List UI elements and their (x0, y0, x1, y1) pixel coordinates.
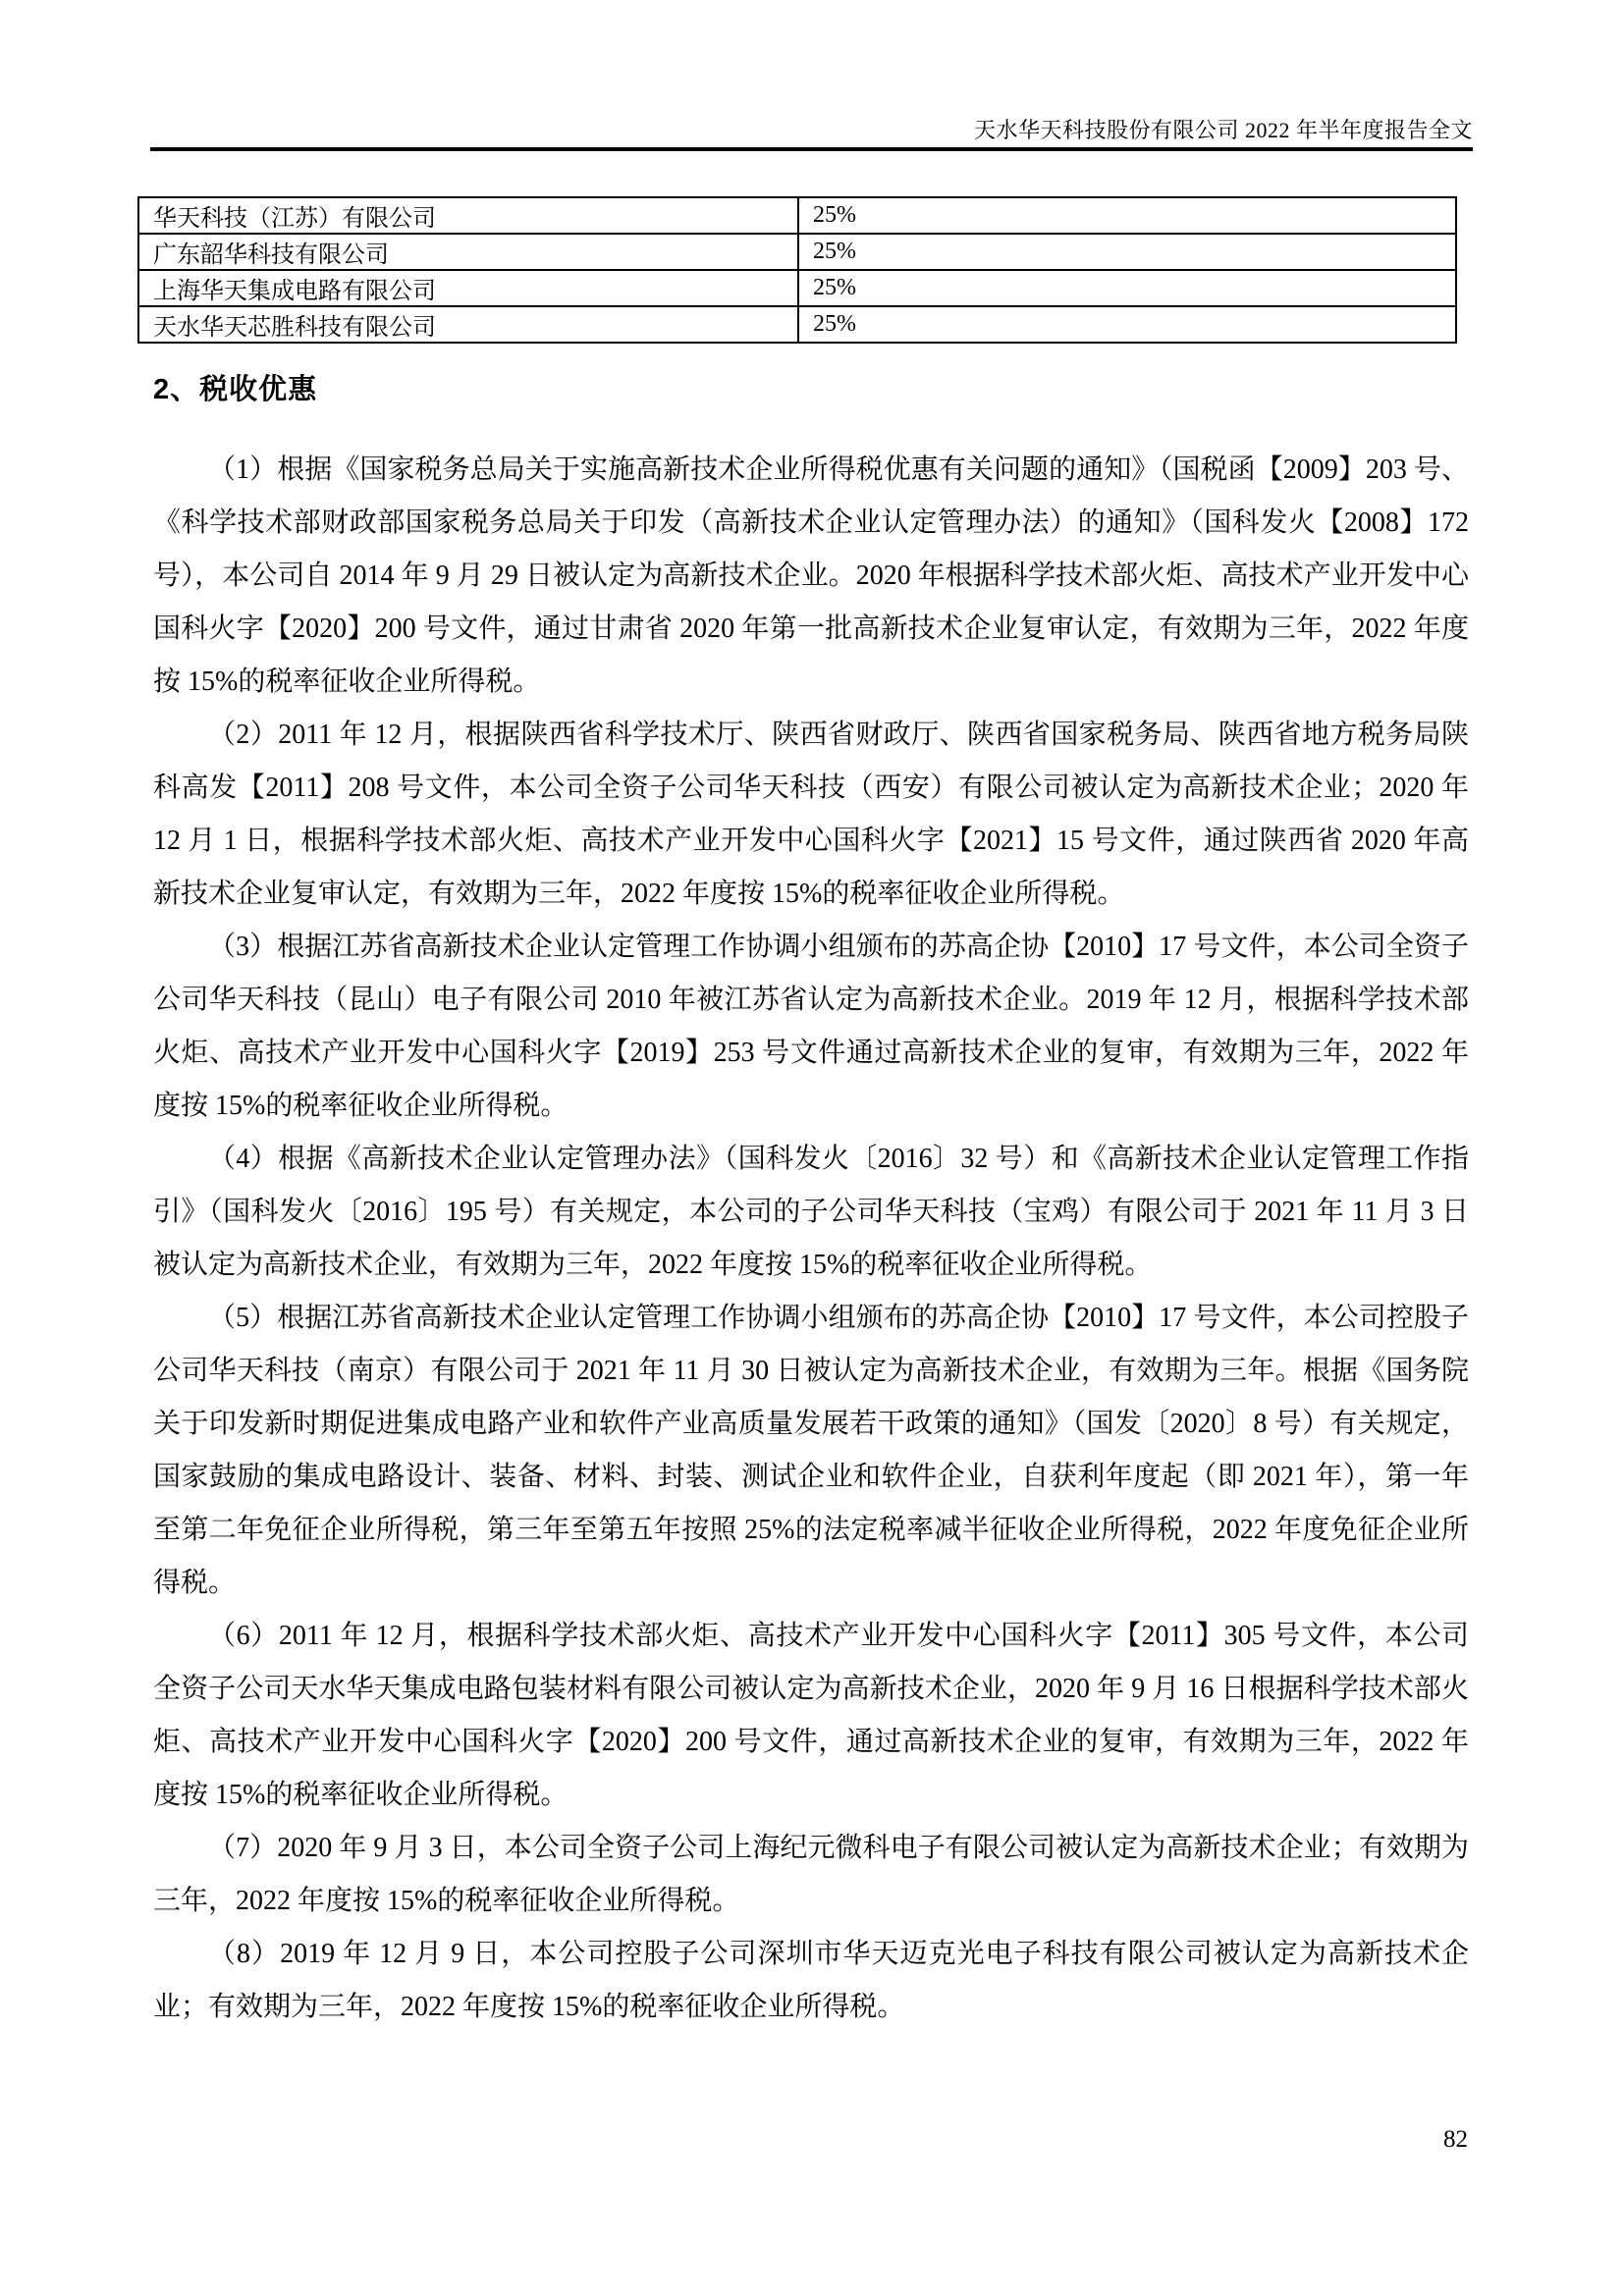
section-heading-tax-incentives: 2、税收优惠 (153, 367, 317, 407)
paragraph-3: （3）根据江苏省高新技术企业认定管理工作协调小组颁布的苏高企协【2010】17 … (153, 921, 1469, 1133)
paragraph-5: （5）根据江苏省高新技术企业认定管理工作协调小组颁布的苏高企协【2010】17 … (153, 1292, 1469, 1610)
tax-rate-cell: 25% (798, 197, 1456, 234)
company-name-cell: 广东韶华科技有限公司 (138, 234, 798, 270)
table-row: 华天科技（江苏）有限公司 25% (138, 197, 1456, 234)
tax-rate-cell: 25% (798, 234, 1456, 270)
company-name-cell: 华天科技（江苏）有限公司 (138, 197, 798, 234)
paragraph-2: （2）2011 年 12 月，根据陕西省科学技术厅、陕西省财政厅、陕西省国家税务… (153, 709, 1469, 921)
report-page: 天水华天科技股份有限公司 2022 年半年度报告全文 华天科技（江苏）有限公司 … (0, 0, 1624, 2296)
paragraph-8: （8）2019 年 12 月 9 日，本公司控股子公司深圳市华天迈克光电子科技有… (153, 1928, 1469, 2034)
tax-rate-cell: 25% (798, 270, 1456, 306)
table-row: 天水华天芯胜科技有限公司 25% (138, 306, 1456, 343)
company-name-cell: 天水华天芯胜科技有限公司 (138, 306, 798, 343)
page-number: 82 (1443, 2126, 1468, 2154)
table-row: 上海华天集成电路有限公司 25% (138, 270, 1456, 306)
report-header-title: 天水华天科技股份有限公司 2022 年半年度报告全文 (150, 114, 1473, 144)
table-row: 广东韶华科技有限公司 25% (138, 234, 1456, 270)
company-name-cell: 上海华天集成电路有限公司 (138, 270, 798, 306)
section-body: （1）根据《国家税务总局关于实施高新技术企业所得税优惠有关问题的通知》（国税函【… (153, 444, 1469, 2034)
tax-rate-table: 华天科技（江苏）有限公司 25% 广东韶华科技有限公司 25% 上海华天集成电路… (137, 196, 1457, 344)
tax-rate-cell: 25% (798, 306, 1456, 343)
paragraph-1: （1）根据《国家税务总局关于实施高新技术企业所得税优惠有关问题的通知》（国税函【… (153, 444, 1469, 709)
paragraph-4: （4）根据《高新技术企业认定管理办法》（国科发火〔2016〕32 号）和《高新技… (153, 1133, 1469, 1292)
header-divider-rule (150, 147, 1473, 151)
paragraph-6: （6）2011 年 12 月，根据科学技术部火炬、高技术产业开发中心国科火字【2… (153, 1610, 1469, 1822)
paragraph-7: （7）2020 年 9 月 3 日，本公司全资子公司上海纪元微科电子有限公司被认… (153, 1822, 1469, 1928)
